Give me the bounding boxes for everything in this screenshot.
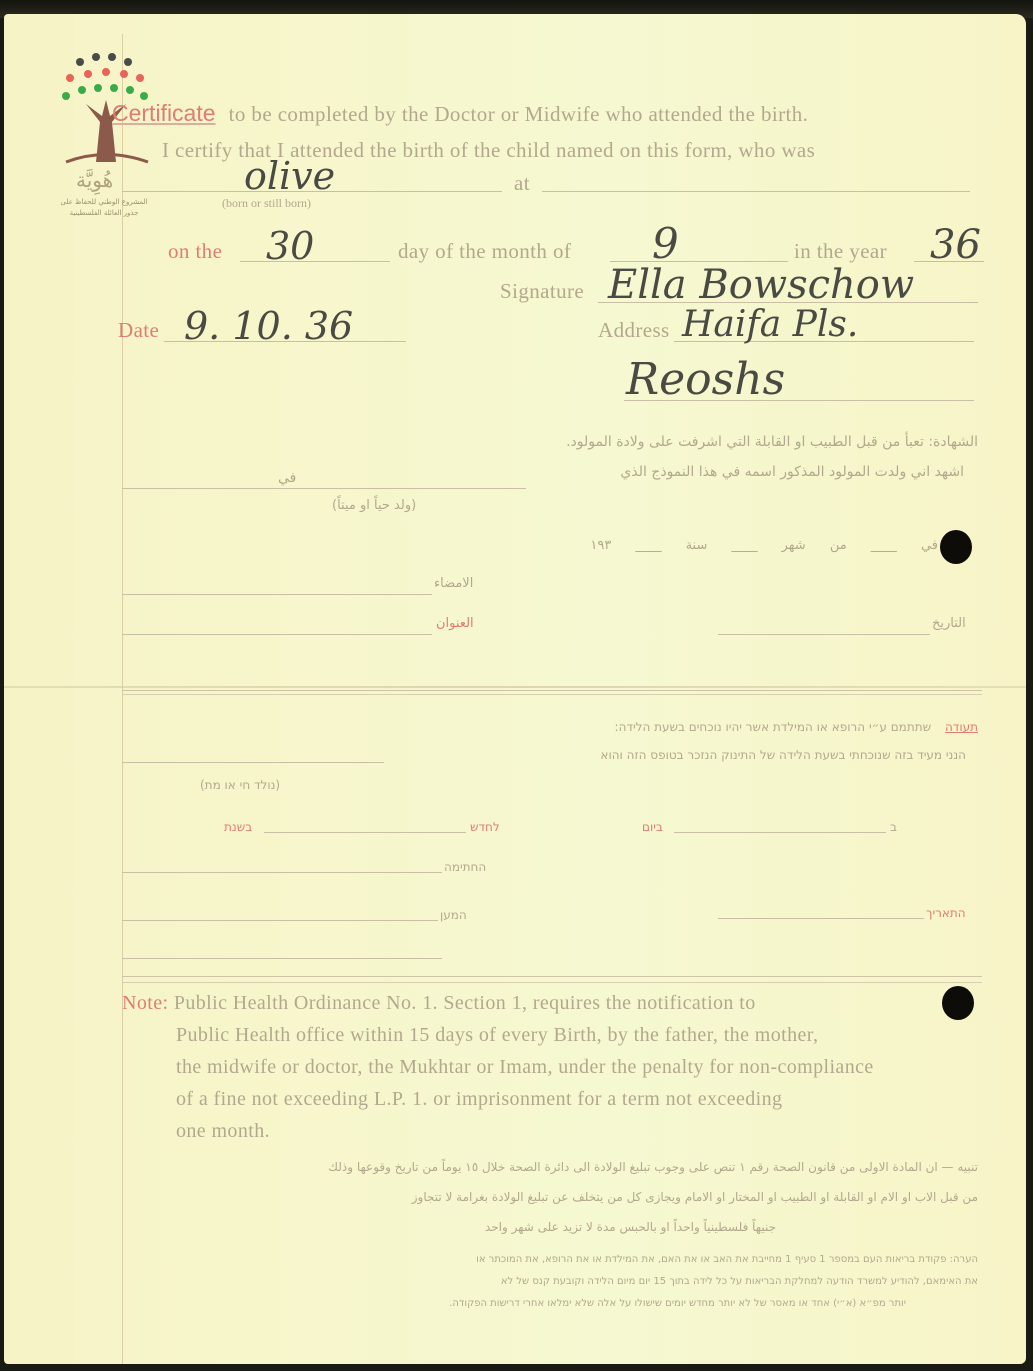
note-label: Note: bbox=[122, 992, 168, 1014]
hebrew-year-label: בשנת bbox=[224, 820, 252, 834]
year-label: in the year bbox=[794, 239, 887, 264]
note-en-line-1: Note: Public Health Ordinance No. 1. Sec… bbox=[122, 992, 756, 1015]
day-of-month-label: day of the month of bbox=[398, 239, 571, 264]
address-value-2: Reoshs bbox=[626, 354, 785, 405]
born-status-value: olive bbox=[244, 154, 335, 198]
hebrew-signature-label: החתימה bbox=[444, 860, 486, 874]
hawiya-logo: هُوِيَّة المشروع الوطني للحفاظ على جذور … bbox=[56, 52, 156, 222]
hebrew-address-field-1[interactable] bbox=[122, 920, 438, 921]
arabic-date-label: التاريخ bbox=[932, 616, 966, 631]
hebrew-address-field-2[interactable] bbox=[122, 958, 442, 959]
arabic-signature-label: الامضاء bbox=[434, 576, 473, 591]
english-heading: Certificate to be completed by the Docto… bbox=[112, 100, 808, 127]
hebrew-certify-line: הנני מעיד בזה שנוכחתי בשעת הלידה של התינ… bbox=[600, 748, 966, 762]
note-he-line-1: הערה: פקודת בריאות העם במספר 1 סעיף 1 מח… bbox=[476, 1254, 978, 1265]
year-value: 36 bbox=[930, 222, 981, 268]
note-he-line-3: יותר מפ״א (א״י) אחד או מאסר של לא יותר מ… bbox=[449, 1298, 906, 1309]
hebrew-heading-label: תעודה bbox=[945, 720, 978, 734]
note-he-line-2: את האימאם, להודיע למשרד הודעה למחלקת הבר… bbox=[501, 1276, 978, 1287]
arabic-date-field[interactable] bbox=[718, 634, 930, 635]
heading-rest: to be completed by the Doctor or Midwife… bbox=[229, 102, 809, 126]
fold-line bbox=[4, 686, 1026, 688]
arabic-signature-field[interactable] bbox=[122, 594, 432, 595]
day-value: 30 bbox=[266, 224, 314, 268]
hebrew-month-label: לחדש bbox=[470, 820, 500, 834]
logo-tagline-2: جذور العائلة الفلسطينية bbox=[44, 209, 164, 217]
hebrew-born-field[interactable] bbox=[122, 762, 384, 763]
arabic-born-hint: (ولد حياً او ميتاً) bbox=[332, 498, 416, 513]
certificate-page: هُوِيَّة المشروع الوطني للحفاظ على جذور … bbox=[4, 14, 1026, 1364]
note-ar-line-2: من قبل الاب او الام او القابلة او الطبيب… bbox=[412, 1190, 978, 1204]
address-label: Address bbox=[598, 318, 670, 343]
punch-hole-bottom bbox=[942, 986, 974, 1020]
address-value-1: Haifa Pls. bbox=[682, 304, 858, 345]
section-divider-2 bbox=[122, 694, 982, 695]
on-the-label: on the bbox=[168, 239, 222, 264]
hebrew-date-field[interactable] bbox=[718, 918, 924, 919]
hebrew-heading-rest: שתתמם ע״י הרופא או המילדת אשר יהיו נוכחי… bbox=[615, 720, 932, 734]
month-value: 9 bbox=[652, 219, 679, 268]
section-divider-4 bbox=[122, 982, 982, 983]
date-value: 9. 10. 36 bbox=[184, 304, 353, 348]
section-divider-1 bbox=[122, 690, 982, 691]
note-en-line-4: of a fine not exceeding L.P. 1. or impri… bbox=[176, 1088, 782, 1111]
hebrew-address-label: המען bbox=[440, 908, 467, 922]
arabic-at-label: في bbox=[278, 470, 296, 486]
hebrew-day-label: ביום bbox=[642, 820, 663, 834]
punch-hole-top bbox=[940, 530, 972, 564]
day-field[interactable] bbox=[240, 261, 390, 262]
note-ar-line-1: تنبيه — ان المادة الاولى من قانون الصحة … bbox=[328, 1160, 978, 1174]
note-en-line-5: one month. bbox=[176, 1120, 270, 1143]
note-en-line-2: Public Health office within 15 days of e… bbox=[176, 1024, 818, 1047]
note-ar-line-3: جنيهاً فلسطينياً واحداً او بالحبس مدة لا… bbox=[485, 1220, 776, 1234]
hebrew-signature-field[interactable] bbox=[122, 872, 442, 873]
arabic-address-field[interactable] bbox=[122, 634, 432, 635]
arabic-address-label: العنوان bbox=[436, 616, 474, 631]
arabic-date-row: في ____ من شهر ____ سنة ____ ١٩٣ bbox=[590, 538, 938, 553]
logo-name: هُوِيَّة bbox=[76, 168, 113, 192]
logo-tagline-1: المشروع الوطني للحفاظ على bbox=[44, 198, 164, 206]
born-hint-en: (born or still born) bbox=[222, 196, 311, 211]
certificate-word: Certificate bbox=[112, 100, 216, 126]
margin-rule bbox=[122, 34, 123, 1364]
date-label-en: Date bbox=[118, 318, 159, 343]
signature-value: Ella Bowschow bbox=[608, 262, 914, 308]
hebrew-date-label: התאריך bbox=[926, 906, 966, 920]
note-en-line-3: the midwife or doctor, the Mukhtar or Im… bbox=[176, 1056, 874, 1079]
arabic-heading: الشهادة: تعبأ من قبل الطبيب او القابلة ا… bbox=[566, 434, 978, 450]
arabic-certify-line: اشهد اني ولدت المولود المذكور اسمه في هذ… bbox=[620, 464, 964, 480]
signature-label: Signature bbox=[500, 279, 584, 304]
hebrew-day-field[interactable] bbox=[674, 832, 886, 833]
at-label-en: at bbox=[514, 171, 530, 196]
at-field[interactable] bbox=[542, 191, 970, 192]
hebrew-born-hint: (נולד חי או מת) bbox=[200, 778, 280, 792]
section-divider-3 bbox=[122, 976, 982, 977]
arabic-born-field[interactable] bbox=[122, 488, 526, 489]
hebrew-heading: תעודה שתתמם ע״י הרופא או המילדת אשר יהיו… bbox=[615, 720, 978, 734]
hebrew-b-label: ב bbox=[890, 820, 897, 834]
hebrew-month-field[interactable] bbox=[264, 832, 466, 833]
